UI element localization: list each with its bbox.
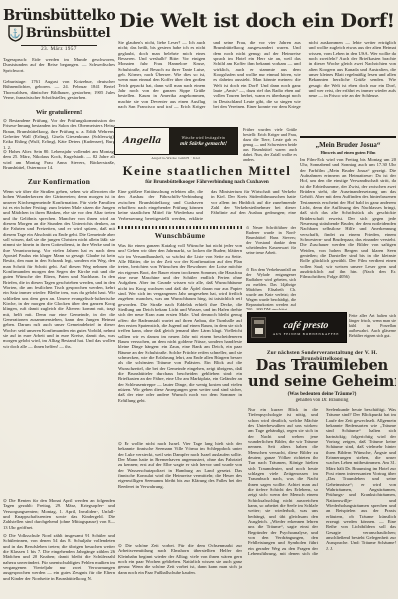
wunsch-article: Was für einen ganzen Katalog voll Wünsch… [118, 243, 242, 437]
masthead-rule [21, 45, 97, 46]
schriftfuehrer-news-item: ⊙ Neuer Schriftführer der Ruderer wurde … [246, 226, 296, 266]
wunsch-divider [118, 226, 242, 229]
presto-text-panel: café presto AUS FEINEM BOHNENKAFFEE [269, 320, 343, 336]
lead-side-note: Früher wurden viele Grüße bestellt: Eric… [243, 128, 297, 161]
angella-footer: Angella-Werke GmbH · Kiel [114, 156, 238, 160]
traum-headline-line2: und seine Geheimnisse [248, 374, 396, 389]
angella-brand-panel: Angella [115, 128, 170, 154]
konfirmation-article: Wenn wir über die Straßen gehen, sehen w… [3, 189, 115, 495]
hohes-alter-news-item: ⊙ Hohes Alter. Sein 80. Lebensjahr volle… [3, 149, 115, 170]
angella-brand: Angella [122, 136, 161, 146]
angella-tagline-top: Wäsche wird festtagsfein [182, 136, 226, 140]
angella-tagline-panel: Wäsche wird festtagsfein mit Stärke gema… [170, 128, 237, 154]
pruefung-news-item: ⊙ Bestandene Prüfung. Vor der Prüfungsko… [3, 118, 115, 147]
masthead-row: ⚓ Brünsbüttel [3, 25, 115, 42]
left-column: Brünsbüttelkoog ⚓ Brünsbüttel 23. März 1… [3, 7, 115, 593]
tagesspruch-text: Tagesspruch: Eide werden im Munde geschw… [3, 57, 115, 76]
josua-article: Im Film-Eck wird von Freitag bis Montag … [300, 157, 396, 307]
lead-headline: Die Welt ist doch ein Dorf! [118, 10, 396, 32]
masthead-title-line1: Brünsbüttelkoog [3, 7, 115, 24]
traum-speaker: gehalten von Dr. Braunsing [248, 398, 396, 403]
josua-section: „Mein Bruder Josua“ Hinweis auf einen gu… [300, 136, 396, 312]
presto-brand: café presto [268, 320, 344, 331]
angella-ad: Angella Wäsche wird festtagsfein mit Stä… [114, 127, 238, 160]
israel-news-item: ⊙ Er wollte nicht nach Israel. Vier Tage… [118, 441, 242, 541]
newspaper-page: { "masthead": { "title_line1": "Brünsbüt… [0, 0, 398, 599]
masthead-date: 23. März 1957 [3, 47, 115, 52]
geburtstage-text: Geburtstage: 1761 August von Kotzebue, d… [3, 79, 115, 104]
unfall-news-item: ⊙ Ein dem Verkehrsunfall an der Wylade e… [246, 268, 296, 309]
notizen-column: ⊙ Neuer Schriftführer der Ruderer wurde … [246, 226, 296, 310]
household-tip: Fette aller Art halten sich länger frisc… [349, 314, 396, 350]
josua-subheading: Hinweis auf einen guten Film [300, 150, 396, 155]
josua-heading: „Mein Bruder Josua“ [300, 141, 396, 149]
zeit-news-item: ⊙ Die schöne Zeit vorbei. Für die dem Oc… [118, 543, 242, 593]
angella-ad-box: Angella Wäsche wird festtagsfein mit Stä… [114, 127, 238, 155]
traum-subtitle: (Was bedeuten deine Träume?) [248, 391, 396, 397]
faehre-article: Eine größere Enttäuschung erlebten alle,… [118, 189, 296, 222]
wunsch-heading: Wunschbäume [118, 231, 242, 240]
svg-text:⚓: ⚓ [10, 28, 21, 39]
town-crest-icon: ⚓ [8, 25, 23, 42]
traum-headline-line1: Das Traumleben [248, 358, 396, 373]
schule-news-item: ⊙ Die Volksschule Nord zählt insgesamt 9… [3, 533, 115, 590]
konfirmation-heading: Zur Konfirmation [3, 177, 115, 186]
traum-article: Nur ein kurzer Blick in die Tiefenpsycho… [248, 407, 396, 593]
faehre-headline: Keine staatlichen Mittel [118, 163, 296, 179]
faehre-subtitle: für Brunsbüttelkooger Fährverbindung nac… [118, 179, 296, 185]
masthead-title-line2: Brünsbüttel [26, 26, 111, 41]
gratulieren-heading: Wir gratulieren! [3, 109, 115, 116]
presto-ad: café presto AUS FEINEM BOHNENKAFFEE [247, 312, 347, 343]
lead-article: Sie glauben's nicht, liebe Leser? — Ich … [118, 40, 396, 125]
presto-tagline: AUS FEINEM BOHNENKAFFEE [269, 332, 343, 336]
angella-tagline-script: mit Stärke gemacht! [179, 141, 227, 147]
coffee-package-icon [251, 317, 266, 338]
renten-news-item: ⊙ Die Renten für den Monat April werden … [3, 498, 115, 531]
